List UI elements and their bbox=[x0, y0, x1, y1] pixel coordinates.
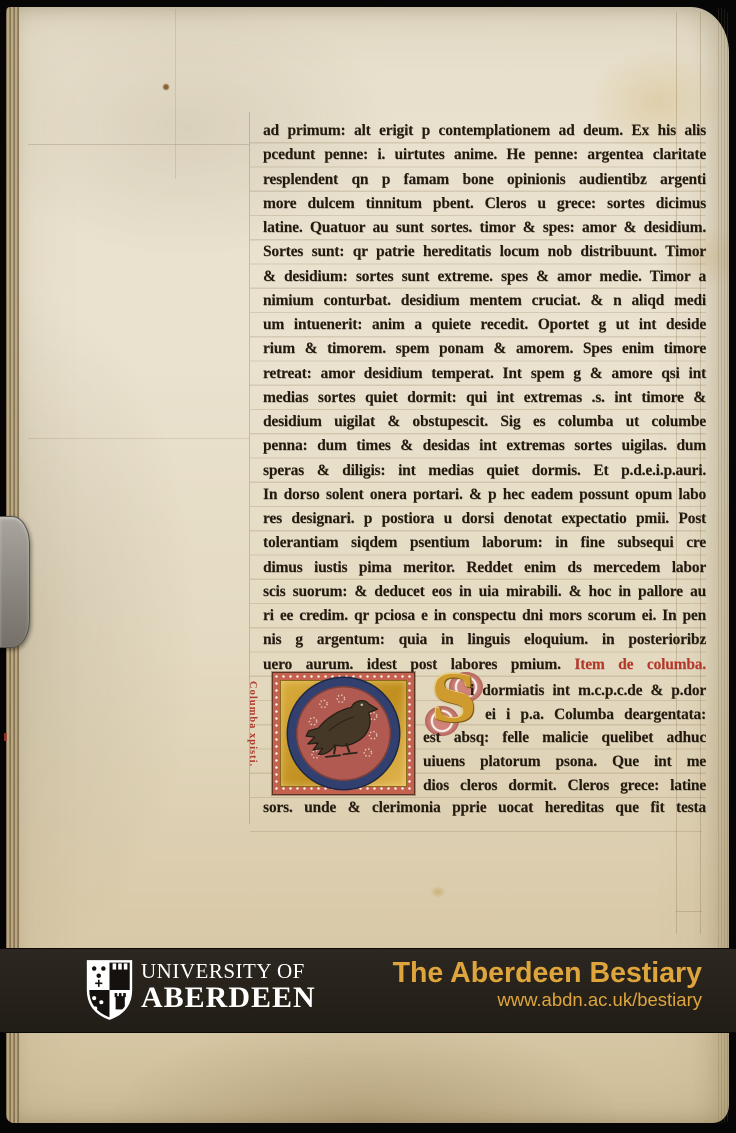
text-line: rium & timorem. spem ponam & amorem. Spe… bbox=[263, 337, 706, 361]
marginal-caption-columba: Columba xpisti. bbox=[247, 681, 258, 777]
parchment-crease bbox=[175, 9, 176, 179]
text-line: est absq: felle malicie quelibet adhuc bbox=[423, 726, 706, 750]
ruling-horizontal-margin-mid bbox=[28, 438, 249, 439]
text-line-final: sors. unde & clerimonia pprie uocat here… bbox=[263, 796, 706, 820]
site-banner: UNIVERSITY OF ABERDEEN The Aberdeen Best… bbox=[0, 948, 736, 1033]
text-line: nis g argentum: quia in linguis eloquium… bbox=[263, 628, 706, 652]
text-line: ei i p.a. Columba deargentata: bbox=[423, 703, 706, 727]
university-crest-logo bbox=[86, 959, 133, 1021]
page-clasp bbox=[0, 516, 30, 648]
text-line: & desidium: sortes sunt extreme. spes & … bbox=[263, 265, 706, 289]
university-wordmark-line1: UNIVERSITY OF bbox=[141, 960, 316, 982]
text-line: ri ee credim. qr pciosa e in conspectu d… bbox=[263, 604, 706, 628]
text-line: retreat: amor desidium temperat. Int spe… bbox=[263, 362, 706, 386]
text-line: speras & diligis: int medias quiet dormi… bbox=[263, 459, 706, 483]
text-line: i dormiatis int m.c.p.c.de & p.dor bbox=[423, 679, 706, 703]
text-line: latine. Quatuor au sunt sortes. timor & … bbox=[263, 216, 706, 240]
text-line: Sortes sunt: qr patrie hereditatis locum… bbox=[263, 240, 706, 264]
text-line: ad primum: alt erigit p contemplationem … bbox=[263, 119, 706, 143]
university-wordmark: UNIVERSITY OF ABERDEEN bbox=[141, 960, 316, 1013]
text-line: um intuenerit: anim a quiete recedit. Op… bbox=[263, 313, 706, 337]
site-url-link[interactable]: www.abdn.ac.uk/bestiary bbox=[393, 989, 702, 1011]
manuscript-text-block: ad primum: alt erigit p contemplationem … bbox=[263, 119, 706, 677]
text-line: tolerantiam siqdem psentium laborum: in … bbox=[263, 531, 706, 555]
text-line: pcedunt penne: i. uirtutes anime. He pen… bbox=[263, 143, 706, 167]
university-wordmark-line2: ABERDEEN bbox=[141, 982, 316, 1013]
text-line-end: uero aurum. idest post labores pmium. bbox=[263, 656, 561, 673]
text-line: medias sortes quiet dormit: qui int extr… bbox=[263, 386, 706, 410]
text-line: resplendent qn p famam bone opinionis au… bbox=[263, 168, 706, 192]
rubric-item-de-columba: Item de columba. bbox=[574, 656, 706, 673]
text-line: dios cleros dormit. Cleros grece: latine bbox=[423, 774, 706, 798]
binding-red-mark bbox=[4, 733, 7, 741]
text-line: In dorso solent onera portari. & p hec e… bbox=[263, 483, 706, 507]
ruling-horizontal-corner-mark bbox=[676, 911, 702, 912]
text-line: scis suorum: & deducet eos in uia mirabi… bbox=[263, 580, 706, 604]
text-line: res designari. p postiora u dorsi denota… bbox=[263, 507, 706, 531]
site-title: The Aberdeen Bestiary bbox=[393, 957, 702, 989]
miniature-roundel bbox=[288, 678, 399, 789]
bestiary-title-group: The Aberdeen Bestiary www.abdn.ac.uk/bes… bbox=[393, 957, 702, 1011]
dove-miniature bbox=[272, 672, 415, 795]
columba-text-block: i dormiatis int m.c.p.c.de & p.dor ei i … bbox=[423, 679, 706, 798]
text-line: desidium uigilat & obstupescit. Sig es c… bbox=[263, 410, 706, 434]
text-line: uiuens platorum psona. Que int me bbox=[423, 750, 706, 774]
ruling-horizontal-margin-top bbox=[28, 144, 249, 145]
text-line: more dulcem tinnitum pbent. Cleros u gre… bbox=[263, 192, 706, 216]
dove-illustration bbox=[300, 690, 387, 777]
text-line: dimus iustis pima meritor. Reddet enim d… bbox=[263, 556, 706, 580]
text-line: penna: dum times & desidas int extremas … bbox=[263, 434, 706, 458]
text-line: nimium conturbat. desidium mentem crucia… bbox=[263, 289, 706, 313]
ruling-horizontal-below-text bbox=[250, 831, 702, 832]
